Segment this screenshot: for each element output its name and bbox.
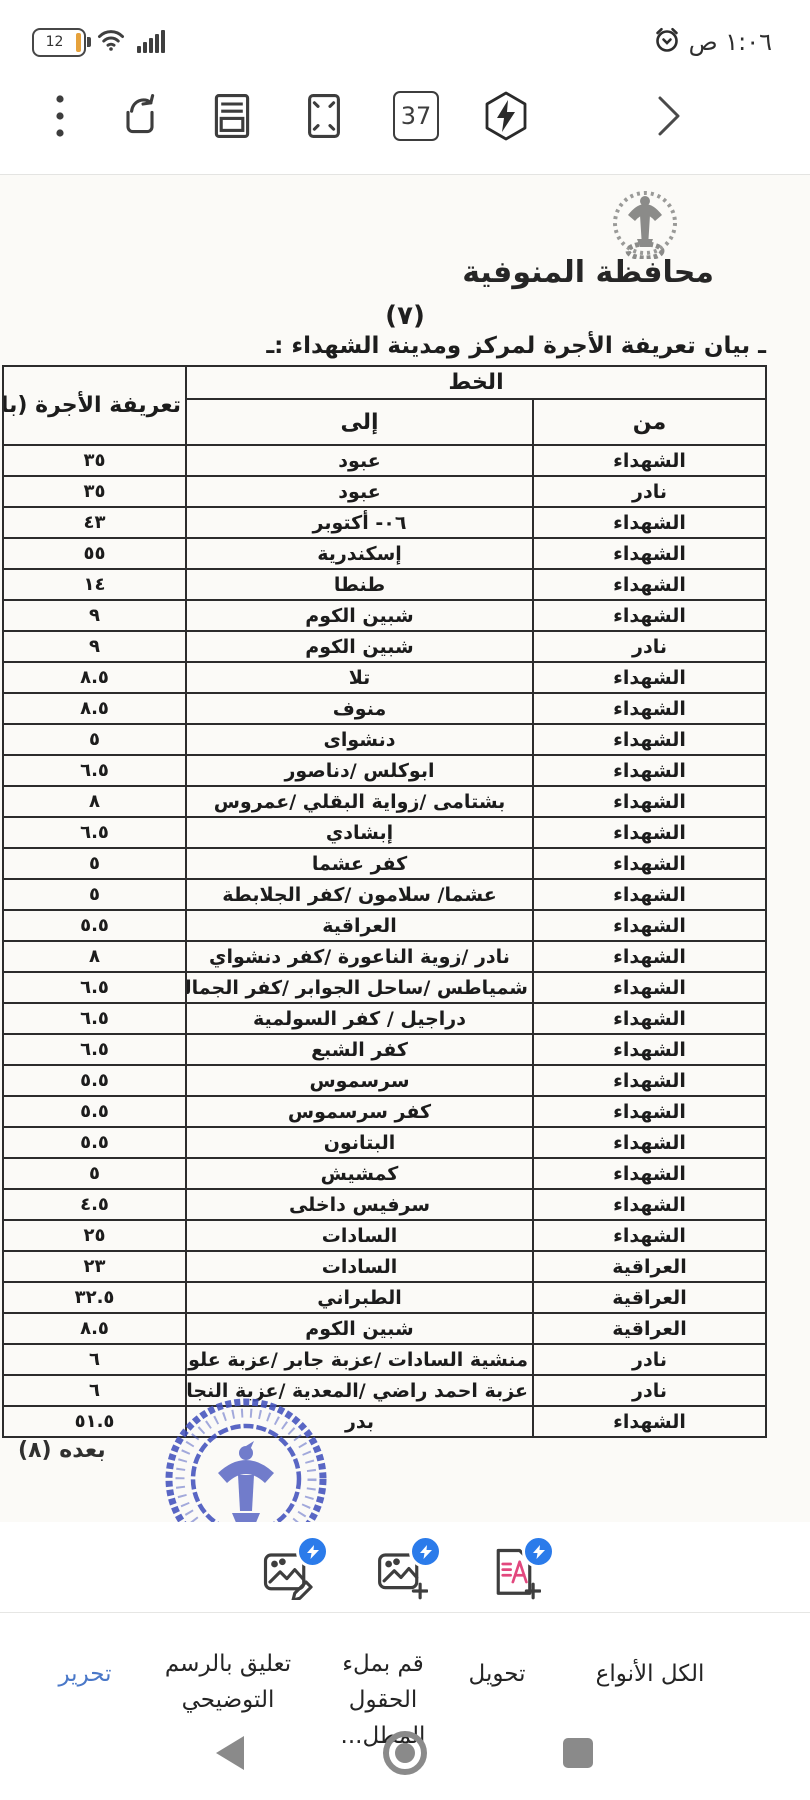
cell-from: الشهداء [533, 1065, 766, 1096]
cell-from: نادر [533, 1375, 766, 1406]
table-row: نادرعبود٣٥ [3, 476, 766, 507]
table-row: الشهداءكفر سرسموس٥.٥ [3, 1096, 766, 1127]
tab-counter[interactable]: 37 [392, 92, 440, 140]
table-row: الشهداءمنوف٨.٥ [3, 693, 766, 724]
cell-from: الشهداء [533, 507, 766, 538]
cell-fare: ٣٥ [3, 445, 186, 476]
table-row: الشهداءتلا٨.٥ [3, 662, 766, 693]
kebab-menu-icon[interactable] [36, 92, 84, 140]
recents-icon[interactable] [563, 1738, 593, 1768]
back-icon[interactable] [216, 1736, 244, 1770]
annotate-image-button[interactable] [261, 1546, 317, 1604]
table-row: نادرشبين الكوم٩ [3, 631, 766, 662]
cell-from: الشهداء [533, 1220, 766, 1251]
tab-count-label: 37 [393, 91, 439, 141]
ai-lightning-badge [522, 1535, 555, 1568]
clock-time: ١:٠٦ ص [689, 28, 772, 56]
cell-fare: ٦ [3, 1375, 186, 1406]
cell-from: الشهداء [533, 972, 766, 1003]
cell-fare: ٥ [3, 724, 186, 755]
cell-from: الشهداء [533, 693, 766, 724]
cell-from: العراقية [533, 1282, 766, 1313]
continuation-note: بعده (٨) [18, 1438, 106, 1463]
cell-to: سرفيس داخلى [186, 1189, 533, 1220]
cell-from: الشهداء [533, 941, 766, 972]
cell-to: بشتامى /زواية البقلي /عمروس [186, 786, 533, 817]
document-title: ـ بيان تعريفة الأجرة لمركز ومدينة الشهدا… [266, 333, 766, 359]
table-row: الشهداءدنشواى٥ [3, 724, 766, 755]
cell-to: عبود [186, 445, 533, 476]
table-row: الشهداءبدر٥١.٥ [3, 1406, 766, 1437]
home-dot [395, 1743, 415, 1763]
cell-fare: ٦.٥ [3, 817, 186, 848]
phone-screen: 12 [0, 0, 810, 1800]
table-row: نادرعزبة احمد راضي /المعدية /عزبة النجار… [3, 1375, 766, 1406]
cell-fare: ١٤ [3, 569, 186, 600]
cell-from: الشهداء [533, 1096, 766, 1127]
table-row: الشهداءعبود٣٥ [3, 445, 766, 476]
governorate-name: محافظة المنوفية [462, 255, 714, 290]
cell-to: نادر /زوية الناعورة /كفر دنشواي [186, 941, 533, 972]
cell-to: منوف [186, 693, 533, 724]
table-row: الشهداءبشتامى /زواية البقلي /عمروس٨ [3, 786, 766, 817]
cell-to: دنشواى [186, 724, 533, 755]
cell-fare: ٢٣ [3, 1251, 186, 1282]
cell-from: الشهداء [533, 538, 766, 569]
table-row: الشهداءطنطا١٤ [3, 569, 766, 600]
bottom-item-edit[interactable]: تحرير [58, 1656, 111, 1692]
table-row: العراقيةالسادات٢٣ [3, 1251, 766, 1282]
table-row: الشهداءشبين الكوم٩ [3, 600, 766, 631]
cell-from: الشهداء [533, 600, 766, 631]
cell-fare: ٥٥ [3, 538, 186, 569]
table-row: الشهداءالعراقية٥.٥ [3, 910, 766, 941]
fullscreen-icon[interactable] [300, 92, 348, 140]
table-row: الشهداءنادر /زوية الناعورة /كفر دنشواي٨ [3, 941, 766, 972]
cell-to: كفر عشما [186, 848, 533, 879]
table-row: الشهداءابوكلس /دناصور٦.٥ [3, 755, 766, 786]
cell-from: الشهداء [533, 1189, 766, 1220]
cell-from: الشهداء [533, 755, 766, 786]
cell-to: البتانون [186, 1127, 533, 1158]
table-row: الشهداءكفر الشبع٦.٥ [3, 1034, 766, 1065]
cell-fare: ٥١.٥ [3, 1406, 186, 1437]
cell-to: كمشيش [186, 1158, 533, 1189]
bottom-item-fill-fields[interactable]: قم بملء الحقول المطل... [317, 1646, 449, 1754]
cell-fare: ٨.٥ [3, 1313, 186, 1344]
cell-to: تلا [186, 662, 533, 693]
cell-from: نادر [533, 476, 766, 507]
header-line: الخط [186, 366, 766, 399]
table-row: العراقيةشبين الكوم٨.٥ [3, 1313, 766, 1344]
cell-to: شبين الكوم [186, 631, 533, 662]
cell-from: الشهداء [533, 910, 766, 941]
cell-to: السادات [186, 1251, 533, 1282]
cell-fare: ٥ [3, 879, 186, 910]
scan-text-button[interactable] [487, 1546, 543, 1604]
table-row: العراقيةالطبراني٣٢.٥ [3, 1282, 766, 1313]
table-row: الشهداء٠٦- أكتوبر٤٣ [3, 507, 766, 538]
cell-to: إسكندرية [186, 538, 533, 569]
cell-fare: ٦.٥ [3, 1034, 186, 1065]
table-row: الشهداءعشما/ سلامون /كفر الجلابطة٥ [3, 879, 766, 910]
battery-level-bar [76, 33, 81, 52]
cell-to: شمياطس /ساحل الجوابر /كفر الجمالة [186, 972, 533, 1003]
cell-fare: ٦.٥ [3, 1003, 186, 1034]
cell-from: الشهداء [533, 848, 766, 879]
governorate-eagle-logo [578, 181, 712, 259]
cell-fare: ٨ [3, 786, 186, 817]
ai-lightning-badge [296, 1535, 329, 1568]
cell-fare: ٣٢.٥ [3, 1282, 186, 1313]
fare-table: الخط تعريفة الأجرة (بالجنيه) من إلى الشه… [2, 365, 767, 1438]
cell-from: الشهداء [533, 1406, 766, 1437]
page-number: (٧) [0, 301, 810, 331]
cell-to: العراقية [186, 910, 533, 941]
signal-icon [136, 27, 168, 57]
cell-to: إبشادي [186, 817, 533, 848]
cell-from: العراقية [533, 1313, 766, 1344]
table-row: الشهداءإسكندرية٥٥ [3, 538, 766, 569]
cell-fare: ٩ [3, 631, 186, 662]
cell-fare: ٩ [3, 600, 186, 631]
bottom-item-convert[interactable]: تحويل [469, 1656, 526, 1692]
cell-from: الشهداء [533, 662, 766, 693]
reader-view-icon[interactable] [208, 92, 256, 140]
table-row: الشهداءدراجيل / كفر السولمية٦.٥ [3, 1003, 766, 1034]
cell-to: دراجيل / كفر السولمية [186, 1003, 533, 1034]
cell-from: الشهداء [533, 569, 766, 600]
cell-fare: ٨.٥ [3, 693, 186, 724]
cell-fare: ٤٣ [3, 507, 186, 538]
cell-from: نادر [533, 631, 766, 662]
cell-from: الشهداء [533, 1003, 766, 1034]
header-fare: تعريفة الأجرة (بالجنيه) [3, 366, 186, 445]
table-row: الشهداءسرسموس٥.٥ [3, 1065, 766, 1096]
header-from: من [533, 399, 766, 445]
table-row: الشهداءالسادات٢٥ [3, 1220, 766, 1251]
battery-nub [87, 37, 91, 47]
cell-to: طنطا [186, 569, 533, 600]
cell-from: الشهداء [533, 786, 766, 817]
table-row: الشهداءإبشادي٦.٥ [3, 817, 766, 848]
bottom-item-all-types[interactable]: الكل الأنواع [596, 1656, 705, 1692]
header-to: إلى [186, 399, 533, 445]
cell-fare: ٥.٥ [3, 1127, 186, 1158]
cell-from: الشهداء [533, 1158, 766, 1189]
table-row: الشهداءشمياطس /ساحل الجوابر /كفر الجمالة… [3, 972, 766, 1003]
alarm-clock-icon [653, 26, 681, 58]
share-icon[interactable] [116, 92, 164, 140]
cell-fare: ٣٥ [3, 476, 186, 507]
status-left-cluster: 12 [32, 27, 168, 57]
cell-fare: ٨.٥ [3, 662, 186, 693]
cell-to: سرسموس [186, 1065, 533, 1096]
cell-fare: ٢٥ [3, 1220, 186, 1251]
cell-fare: ٥.٥ [3, 1096, 186, 1127]
cell-fare: ٥ [3, 1158, 186, 1189]
lightning-shield-icon[interactable] [482, 92, 530, 140]
cell-from: الشهداء [533, 1127, 766, 1158]
status-bar: 12 [32, 22, 772, 62]
status-right-cluster: ١:٠٦ ص [653, 26, 772, 58]
cell-fare: ٥.٥ [3, 910, 186, 941]
cell-to: عبود [186, 476, 533, 507]
cell-to: كفر سرسموس [186, 1096, 533, 1127]
cell-fare: ٦.٥ [3, 972, 186, 1003]
cell-from: الشهداء [533, 1034, 766, 1065]
bottom-bar-divider [0, 1612, 810, 1613]
cell-to: منشية السادات /عزبة جابر /عزبة علواني [186, 1344, 533, 1375]
ai-lightning-badge [409, 1535, 442, 1568]
bottom-item-annotate[interactable]: تعليق بالرسم التوضيحي [162, 1646, 294, 1718]
cell-to: ٠٦- أكتوبر [186, 507, 533, 538]
table-row: الشهداءسرفيس داخلى٤.٥ [3, 1189, 766, 1220]
battery-icon: 12 [32, 28, 86, 57]
cell-from: الشهداء [533, 879, 766, 910]
document-page: محافظة المنوفية (٧) ـ بيان تعريفة الأجرة… [0, 175, 810, 1522]
add-image-button[interactable] [374, 1546, 430, 1604]
home-icon[interactable] [383, 1731, 427, 1775]
cell-to: الطبراني [186, 1282, 533, 1313]
cell-fare: ٤.٥ [3, 1189, 186, 1220]
table-row: الشهداءكفر عشما٥ [3, 848, 766, 879]
cell-fare: ٥ [3, 848, 186, 879]
cell-from: الشهداء [533, 724, 766, 755]
table-row: نادرمنشية السادات /عزبة جابر /عزبة علوان… [3, 1344, 766, 1375]
cell-to: عشما/ سلامون /كفر الجلابطة [186, 879, 533, 910]
table-row: الشهداءالبتانون٥.٥ [3, 1127, 766, 1158]
cell-fare: ٦.٥ [3, 755, 186, 786]
cell-from: الشهداء [533, 445, 766, 476]
cell-to: شبين الكوم [186, 1313, 533, 1344]
wifi-icon [97, 28, 125, 56]
cell-fare: ٦ [3, 1344, 186, 1375]
cell-from: الشهداء [533, 817, 766, 848]
cell-to: ابوكلس /دناصور [186, 755, 533, 786]
fare-table-body: الشهداءعبود٣٥نادرعبود٣٥الشهداء٠٦- أكتوبر… [3, 445, 766, 1437]
cell-fare: ٨ [3, 941, 186, 972]
cell-to: كفر الشبع [186, 1034, 533, 1065]
cell-from: نادر [533, 1344, 766, 1375]
cell-from: العراقية [533, 1251, 766, 1282]
official-blue-stamp [160, 1393, 332, 1522]
cell-fare: ٥.٥ [3, 1065, 186, 1096]
chevron-right-icon[interactable] [645, 92, 693, 140]
cell-to: السادات [186, 1220, 533, 1251]
table-row: الشهداءكمشيش٥ [3, 1158, 766, 1189]
cell-to: شبين الكوم [186, 600, 533, 631]
